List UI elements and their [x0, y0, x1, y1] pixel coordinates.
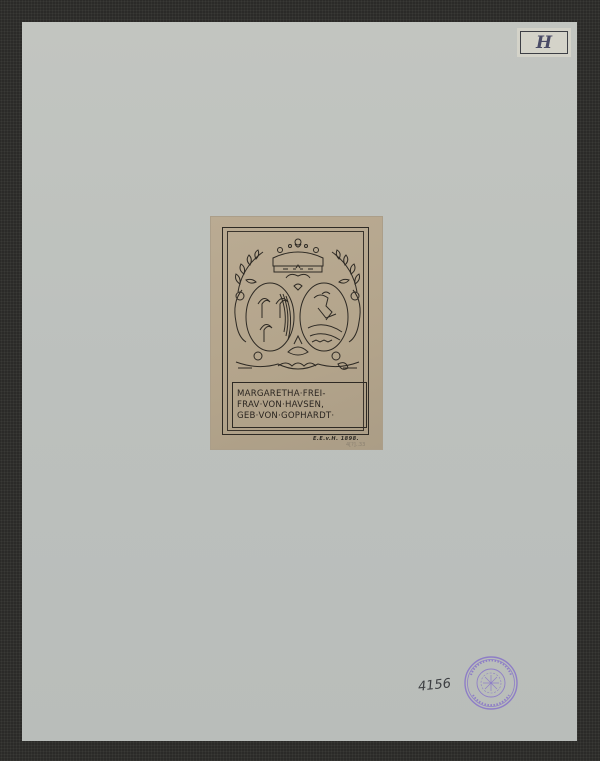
- inscription-panel: MARGARETHA·FREI- FRAV·VON·HAVSEN, GEB·VO…: [232, 382, 367, 428]
- collection-stamp-icon: [463, 655, 519, 711]
- corner-label: H: [517, 28, 571, 57]
- bookplate-inner-frame: MARGARETHA·FREI- FRAV·VON·HAVSEN, GEB·VO…: [227, 231, 364, 431]
- corner-label-text: H: [520, 31, 568, 54]
- laurel-icon: [236, 250, 360, 292]
- inscription-line-2: FRAV·VON·HAVSEN,: [237, 400, 366, 411]
- mount-board: H: [22, 22, 577, 741]
- crown-icon: [273, 239, 323, 272]
- pencil-note: 4[?]..33: [346, 442, 365, 448]
- bookplate-frame: MARGARETHA·FREI- FRAV·VON·HAVSEN, GEB·VO…: [222, 227, 369, 435]
- right-shield-icon: [300, 283, 348, 351]
- inscription-line-1: MARGARETHA·FREI-: [237, 389, 366, 400]
- inventory-number: 4156: [417, 676, 451, 694]
- left-shield-icon: [246, 283, 294, 351]
- inscription-line-3: GEB·VON·GOPHARDT·: [237, 411, 366, 422]
- bookplate: MARGARETHA·FREI- FRAV·VON·HAVSEN, GEB·VO…: [211, 217, 382, 449]
- heraldic-artwork: [228, 232, 367, 378]
